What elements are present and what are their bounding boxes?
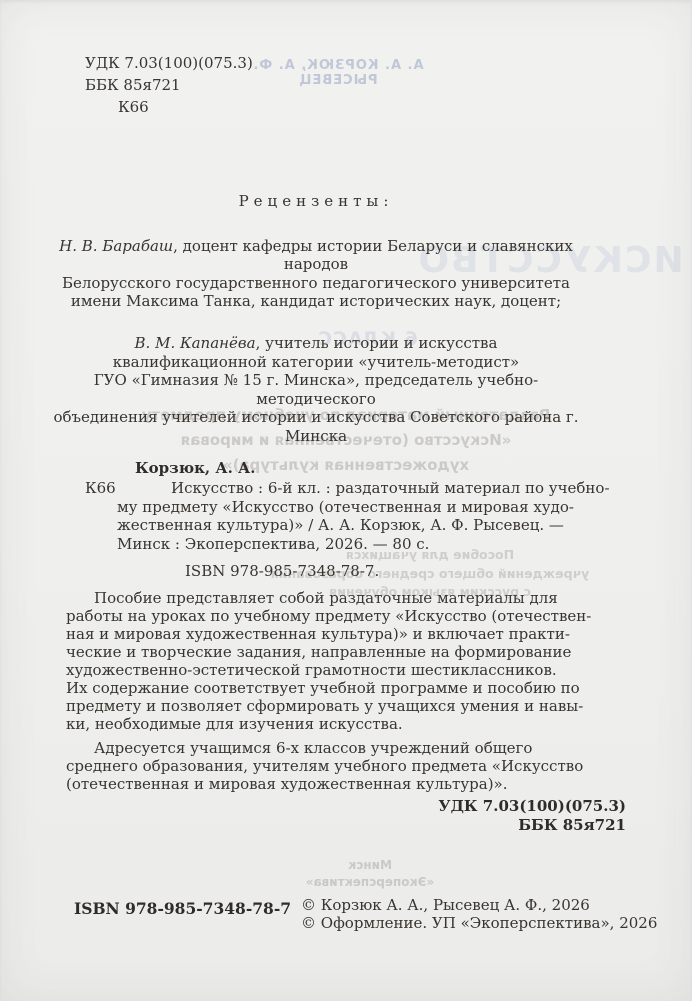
reviewer-entry: В. М. Капанёва, учитель истории и искусс… — [42, 334, 590, 445]
copyright-design: © Оформление. УП «Экоперспектива», 2026 — [301, 915, 657, 933]
reviewer-name: В. М. Капанёва — [135, 334, 256, 352]
reviewers-heading: Рецензенты: — [42, 192, 590, 211]
catalog-author: Корзюк, А. А. — [135, 459, 255, 477]
reviewer-name: Н. В. Барабаш — [59, 237, 173, 255]
udk-code: УДК 7.03(100)(075.3) — [85, 52, 253, 74]
author-sign-code: К66 — [85, 96, 253, 118]
imprint-page: А. А. КОРЗЮК, А. Ф. РЫСЕВЕЦ ИСКУССТВО 6 … — [0, 0, 692, 1001]
bbk-code: ББК 85я721 — [85, 74, 253, 96]
top-classification-codes: УДК 7.03(100)(075.3) ББК 85я721 К66 — [85, 52, 253, 118]
annotation-paragraph: Пособие представляет собой раздаточные м… — [66, 589, 626, 733]
catalog-entry: Искусство : 6-й кл. : раздаточный матери… — [117, 479, 625, 553]
footer-classification-codes: УДК 7.03(100)(075.3) ББК 85я721 — [438, 797, 626, 835]
reviewer-credentials: , учитель истории и искусства квалификац… — [53, 334, 578, 445]
catalog-isbn: ISBN 978-985-7348-78-7. — [185, 562, 379, 580]
bleedthrough-authors: А. А. КОРЗЮК, А. Ф. РЫСЕВЕЦ — [222, 58, 454, 88]
annotation-paragraph: Адресуется учащимся 6-х классов учрежден… — [66, 739, 626, 793]
bleedthrough-publisher: Минск «Экоперспектива» — [305, 857, 435, 891]
copyright-authors: © Корзюк А. А., Рысевец А. Ф., 2026 — [301, 897, 657, 915]
udk-code: УДК 7.03(100)(075.3) — [438, 797, 626, 816]
annotation-section: Пособие представляет собой раздаточные м… — [66, 589, 626, 793]
reviewers-section: Рецензенты: Н. В. Барабаш, доцент кафедр… — [42, 173, 590, 469]
copyright-block: © Корзюк А. А., Рысевец А. Ф., 2026 © Оф… — [301, 897, 657, 932]
isbn-number: ISBN 978-985-7348-78-7 — [74, 899, 291, 918]
reviewer-entry: Н. В. Барабаш, доцент кафедры истории Бе… — [42, 237, 590, 311]
catalog-author-sign: К66 — [85, 479, 116, 497]
bbk-code: ББК 85я721 — [438, 816, 626, 835]
